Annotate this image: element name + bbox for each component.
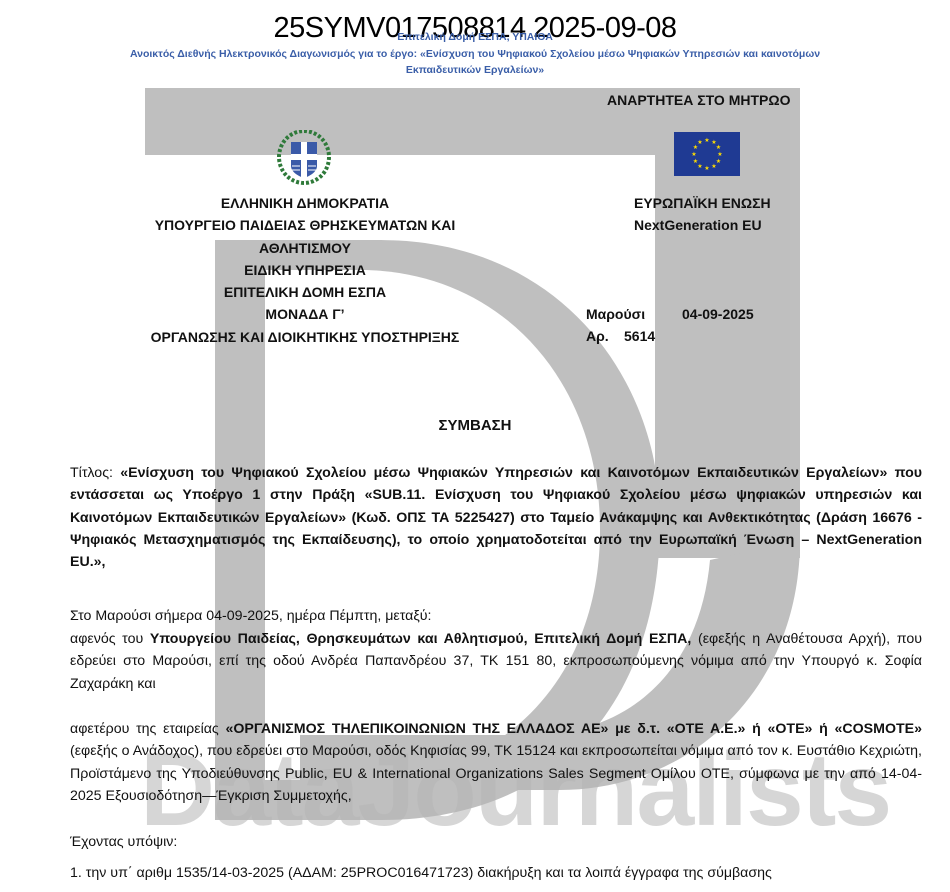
issuer-line: ΥΠΟΥΡΓΕΙΟ ΠΑΙΔΕΙΑΣ ΘΡΗΣΚΕΥΜΑΤΩΝ ΚΑΙ [128,214,482,236]
issuer-line: ΕΙΔΙΚΗ ΥΠΗΡΕΣΙΑ [128,259,482,281]
svg-text:★: ★ [691,151,696,158]
issuer-line: ΟΡΓΑΝΩΣΗΣ ΚΑΙ ΔΙΟΙΚΗΤΙΚΗΣ ΥΠΟΣΤΗΡΙΞΗΣ [128,326,482,348]
contract-title-paragraph: Τίτλος: «Ενίσχυση του Ψηφιακού Σχολείου … [70,462,922,573]
running-header-line3: Εκπαιδευτικών Εργαλείων» [0,64,950,76]
issuer-line: ΑΘΛΗΤΙΣΜΟΥ [128,237,482,259]
document-title: ΣΥΜΒΑΣΗ [0,417,950,434]
party2-post: (εφεξής ο Ανάδοχος), που εδρεύει στο Μαρ… [70,743,922,804]
considering-heading: Έχοντας υπόψιν: [70,831,922,853]
party1-pre: αφενός του [70,631,150,647]
party2-pre: αφετέρου της εταιρείας [70,721,225,737]
svg-text:★: ★ [717,151,722,158]
intro-paragraph: Στο Μαρούσι σήμερα 04-09-2025, ημέρα Πέμ… [70,605,922,627]
running-header-line2: Ανοικτός Διεθνής Ηλεκτρονικός Διαγωνισμό… [0,48,950,60]
greek-coat-of-arms-icon [276,130,332,186]
number-label: Αρ. [586,325,624,347]
issuer-line: ΕΛΛΗΝΙΚΗ ΔΗΜΟΚΡΑΤΙΑ [128,192,482,214]
issuer-line: ΕΠΙΤΕΛΙΚΗ ΔΟΜΗ ΕΣΠΑ [128,281,482,303]
svg-text:★: ★ [716,144,721,151]
protocol-meta: Μαρούσι04-09-2025 Αρ.5614 [586,303,754,348]
considering-item-1: 1. την υπ΄ αριθμ 1535/14-03-2025 (ΑΔΑΜ: … [70,862,922,884]
party1-name: Υπουργείου Παιδείας, Θρησκευμάτων και Αθ… [150,631,691,647]
eu-line2: NextGeneration EU [634,214,771,236]
title-label: Τίτλος: [70,465,120,481]
svg-text:★: ★ [697,139,702,146]
svg-text:★: ★ [704,165,709,172]
posting-note: ΑΝΑΡΤΗΤΕΑ ΣΤΟ ΜΗΤΡΩΟ [607,92,790,108]
title-text: «Ενίσχυση του Ψηφιακού Σχολείου μέσω Ψηφ… [70,465,922,570]
svg-text:★: ★ [693,158,698,165]
protocol-date: 04-09-2025 [682,306,754,322]
svg-text:★: ★ [711,163,716,170]
party2-paragraph: αφετέρου της εταιρείας «ΟΡΓΑΝΙΣΜΟΣ ΤΗΛΕΠ… [70,718,922,807]
issuer-block: ΕΛΛΗΝΙΚΗ ΔΗΜΟΚΡΑΤΙΑ ΥΠΟΥΡΓΕΙΟ ΠΑΙΔΕΙΑΣ Θ… [128,192,482,348]
place-label: Μαρούσι [586,303,682,325]
svg-text:★: ★ [704,137,709,144]
eu-flag-icon: ★ ★ ★ ★ ★ ★ ★ ★ ★ ★ ★ ★ [674,132,740,176]
protocol-number: 5614 [624,328,655,344]
eu-block: ΕΥΡΩΠΑΪΚΗ ΕΝΩΣΗ NextGeneration EU [634,192,771,237]
eu-line1: ΕΥΡΩΠΑΪΚΗ ΕΝΩΣΗ [634,192,771,214]
party2-name: «ΟΡΓΑΝΙΣΜΟΣ ΤΗΛΕΠΙΚΟΙΝΩΝΙΩΝ ΤΗΣ ΕΛΛΑΔΟΣ … [225,721,922,737]
issuer-line: ΜΟΝΑΔΑ Γ’ [128,303,482,325]
running-header-line1: Επιτελική Δομή ΕΣΠΑ, ΥΠΑΙΘΑ [0,31,950,43]
party1-paragraph: αφενός του Υπουργείου Παιδείας, Θρησκευμ… [70,628,922,695]
